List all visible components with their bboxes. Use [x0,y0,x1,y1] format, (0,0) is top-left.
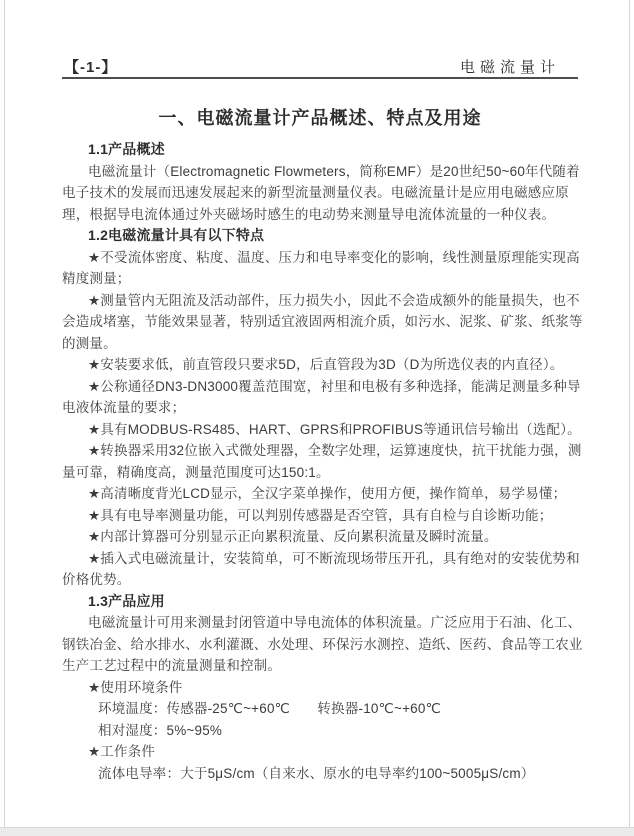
text-line: 电液体流量的要求； [62,397,582,419]
page-left-edge [4,0,5,828]
section-heading: 1.1产品概述 [62,139,582,161]
text-line: ★转换器采用32位嵌入式微处理器，全数字处理，运算速度快，抗干扰能力强，测 [62,440,582,462]
running-header: 【-1-】 电磁流量计 [62,54,578,79]
text-line: 流体电导率：大于5μS/cm（自来水、原水的电导率约100~5005μS/cm） [62,763,582,785]
text-line: ★具有电导率测量功能，可以判别传感器是否空管，具有自检与自诊断功能； [62,505,582,527]
text-line: ★高清晰度背光LCD显示，全汉字菜单操作，使用方便，操作简单，易学易懂； [62,483,582,505]
text-line: ★内部计算器可分别显示正向累积流量、反向累积流量及瞬时流量。 [62,526,582,548]
section-heading: 1.2电磁流量计具有以下特点 [62,225,582,247]
text-line: ★插入式电磁流量计，安装简单，可不断流现场带压开孔，具有绝对的安装优势和 [62,548,582,570]
document-body: 1.1产品概述电磁流量计（Electromagnetic Flowmeters，… [62,139,582,784]
text-line: 相对湿度：5%~95% [62,720,582,742]
document-page: 【-1-】 电磁流量计 一、电磁流量计产品概述、特点及用途 1.1产品概述电磁流… [0,0,634,836]
text-line: 理，根据导电流体通过外夹磁场时感生的电动势来测量导电流体流量的一种仪表。 [62,204,582,226]
text-line: ★使用环境条件 [62,677,582,699]
text-line: 电子技术的发展而迅速发展起来的新型流量测量仪表。电磁流量计是应用电磁感应原 [62,182,582,204]
text-line: 电磁流量计可用来测量封闭管道中导电流体的体积流量。广泛应用于石油、化工、 [62,612,582,634]
text-line: ★安装要求低，前直管段只要求5D，后直管段为3D（D为所选仪表的内直径）。 [62,354,582,376]
text-line: 钢铁冶金、给水排水、水利灌溉、水处理、环保污水测控、造纸、医药、食品等工农业 [62,634,582,656]
text-line: ★公称通径DN3-DN3000覆盖范围宽，衬里和电极有多种选择，能满足测量多种导 [62,376,582,398]
document-title: 电磁流量计 [460,58,578,77]
text-line: ★具有MODBUS-RS485、HART、GPRS和PROFIBUS等通讯信号输… [62,419,582,441]
text-line: 量可靠，精确度高，测量范围度可达150:1。 [62,462,582,484]
text-line: 会造成堵塞，节能效果显著，特别适宜液固两相流介质，如污水、泥浆、矿浆、纸浆等 [62,311,582,333]
section-heading: 1.3产品应用 [62,591,582,613]
text-line: ★不受流体密度、粘度、温度、压力和电导率变化的影响，线性测量原理能实现高 [62,247,582,269]
text-line: 的测量。 [62,333,582,355]
page-bottom-edge [0,827,634,836]
page-right-edge [629,0,630,828]
text-line: 精度测量； [62,268,582,290]
text-line: 环境温度：传感器-25℃~+60℃ 转换器-10℃~+60℃ [62,698,582,720]
text-line: 生产工艺过程中的流量测量和控制。 [62,655,582,677]
text-line: 价格优势。 [62,569,582,591]
text-line: ★工作条件 [62,741,582,763]
text-line: 电磁流量计（Electromagnetic Flowmeters，简称EMF）是… [62,161,582,183]
chapter-title: 一、电磁流量计产品概述、特点及用途 [62,106,578,130]
page-number: 【-1-】 [62,59,117,77]
text-line: ★测量管内无阻流及活动部件，压力损失小，因此不会造成额外的能量损失，也不 [62,290,582,312]
